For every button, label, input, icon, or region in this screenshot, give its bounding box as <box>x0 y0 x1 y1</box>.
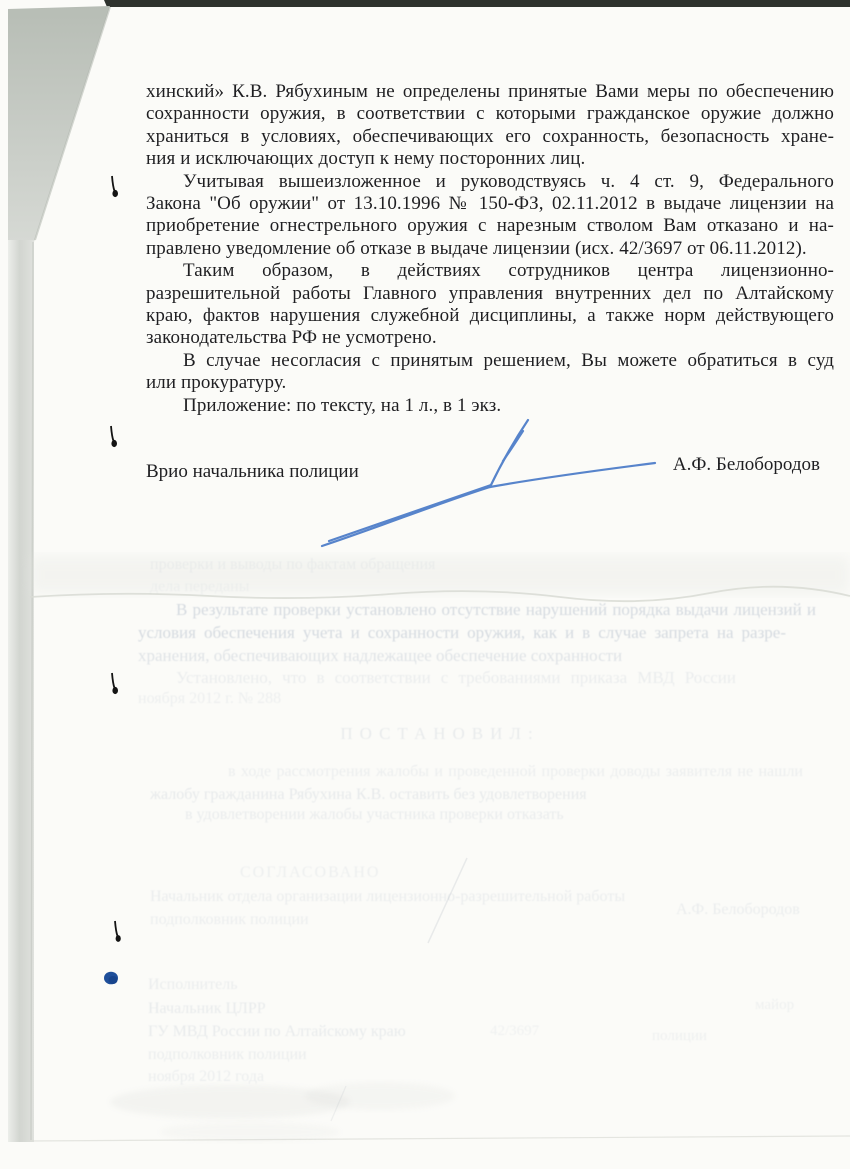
text-line: Таким образом, в действиях сотрудников ц… <box>146 260 834 282</box>
ghost-text-line: условия обеспечения учета и сохранности … <box>138 623 786 643</box>
text-line: ния и исключающих доступ к нему посторон… <box>146 148 834 170</box>
scan-smudge <box>305 1082 455 1110</box>
ghost-text-line: в удовлетворении жалобы участника провер… <box>185 806 564 824</box>
text-line: правлено уведомление об отказе в выдаче … <box>146 238 834 260</box>
scan-smudge <box>160 1122 340 1142</box>
ghost-text-line: полиции <box>652 1028 707 1045</box>
ghost-text-line: майор <box>755 997 794 1014</box>
text-line: краю, фактов нарушения служебной дисципл… <box>146 305 834 327</box>
document-text: хинский» К.В. Рябухиным не определены пр… <box>146 81 834 417</box>
ghost-text-line: хранения, обеспечивающих надлежащее обес… <box>138 646 622 666</box>
ink-mark <box>112 673 118 694</box>
ghost-text-line: ПОСТАНОВИЛ: <box>300 724 580 744</box>
ghost-text-line: проверки и выводы по фактам обращения <box>150 556 435 574</box>
text-line: или прокуратуру. <box>146 372 834 394</box>
ghost-text-line: СОГЛАСОВАНО <box>240 864 380 882</box>
ghost-signature-stroke <box>331 1086 346 1121</box>
ink-mark <box>111 426 117 447</box>
ghost-text-line: ГУ МВД России по Алтайскому краю <box>148 1023 406 1041</box>
signer-name: А.Ф. Белобородов <box>673 454 820 476</box>
ghost-text-line: ноября 2012 г. № 288 <box>138 690 281 708</box>
ghost-text-line: В результате проверки установлено отсутс… <box>176 600 816 620</box>
fold-crease <box>30 587 850 601</box>
ghost-text-line: Исполнитель <box>148 976 238 994</box>
text-line: Учитывая вышеизложенное и руководствуясь… <box>146 171 834 193</box>
text-line: хинский» К.В. Рябухиным не определены пр… <box>146 81 834 103</box>
scan-smudge <box>110 1085 350 1119</box>
scanner-background-corner <box>8 6 110 242</box>
ghost-text-line: Начальник ЦЛРР <box>148 1000 266 1018</box>
scanner-background-left-strip <box>8 240 34 1142</box>
scanner-lid-strip <box>104 0 850 7</box>
ghost-text-line: жалобу гражданина Рябухина К.В. оставить… <box>150 786 587 804</box>
signer-position: Врио начальника полиции <box>146 461 359 483</box>
ghost-signature-stroke <box>428 858 467 943</box>
ghost-text-line: в ходе рассмотрения жалобы и проведенной… <box>228 763 803 781</box>
text-line: разрешительной работы Главного управлени… <box>146 283 834 305</box>
fold-shadow <box>30 556 850 594</box>
ghost-text-line: А.Ф. Белобородов <box>676 901 800 919</box>
text-line: Закона "Об оружии" от 13.10.1996 № 150-Ф… <box>146 193 834 215</box>
ghost-text-line: Начальник отдела организации лицензионно… <box>150 888 625 906</box>
page-corner-edge <box>35 7 110 240</box>
page-left-edge <box>31 242 33 1140</box>
ink-mark <box>115 921 121 942</box>
ghost-text-line: подполковник полиции <box>148 1046 307 1064</box>
ghost-text-line: дела переданы <box>150 578 249 596</box>
signoff-row: Врио начальника полиции А.Ф. Белобородов <box>146 461 820 483</box>
text-line: Приложение: по тексту, на 1 л., в 1 экз. <box>146 395 834 417</box>
ghost-text-line: 42/3697 <box>490 1023 539 1040</box>
ghost-text-line: ноября 2012 года <box>148 1068 264 1086</box>
scanned-document-page: хинский» К.В. Рябухиным не определены пр… <box>0 0 850 1169</box>
bottom-crease <box>28 1136 850 1141</box>
text-line: законодательства РФ не усмотрено. <box>146 327 834 349</box>
text-line: храниться в условиях, обеспечивающих его… <box>146 126 834 148</box>
text-line: сохранности оружия, в соответствии с кот… <box>146 103 834 125</box>
signature <box>322 420 655 546</box>
ghost-text-line: Установлено, что в соответствии с требов… <box>176 668 736 688</box>
text-line: приобретение огнестрельного оружия с нар… <box>146 215 834 237</box>
text-line: В случае несогласия с принятым решением,… <box>146 350 834 372</box>
ink-mark <box>112 176 118 197</box>
ghost-text-line: подполковник полиции <box>150 911 309 929</box>
blue-ink-dot <box>104 972 118 985</box>
